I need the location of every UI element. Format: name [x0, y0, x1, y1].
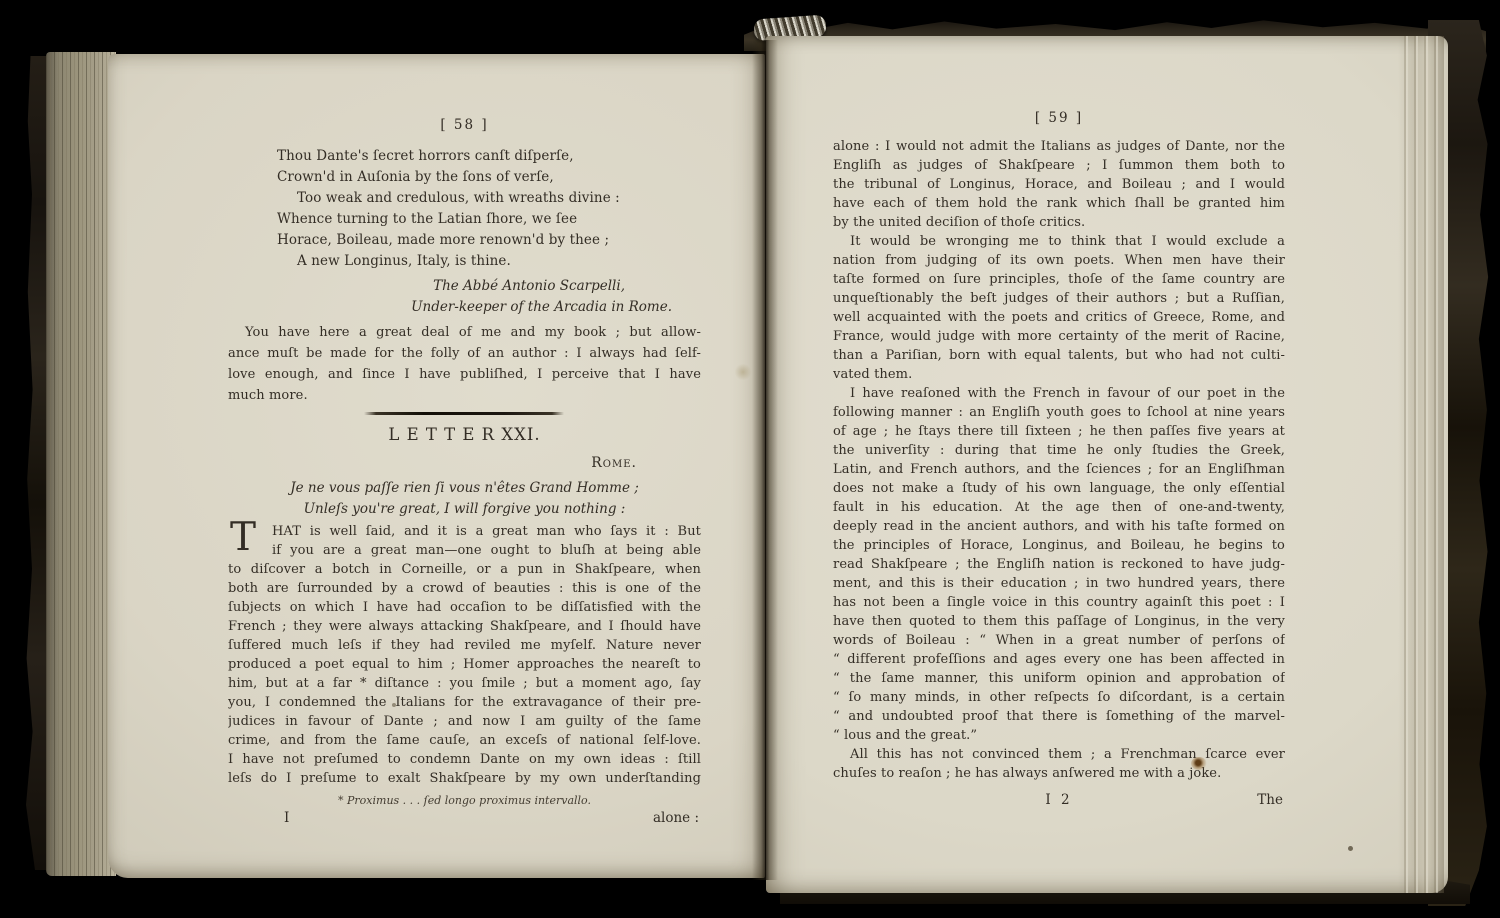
text-line: judices in favour of Dante ; and now I a…: [228, 712, 701, 731]
text-line: All this has not convinced them ; a Fren…: [833, 745, 1285, 764]
text-line: “ the ſame manner, this uniform opinion …: [833, 669, 1285, 688]
text-line: the principles of Horace, Longinus, and …: [833, 536, 1285, 555]
paragraph: alone : I would not admit the Italians a…: [833, 137, 1285, 232]
text-line: “ different profeſſions and ages every o…: [833, 650, 1285, 669]
foxing-stain: [1348, 846, 1353, 851]
text-line: unqueſtionably the beſt judges of their …: [833, 289, 1285, 308]
letter-heading: L E T T E R XXI.: [228, 425, 701, 444]
text-line: Under-keeper of the Arcadia in Rome.: [228, 297, 701, 318]
text-line: by the united deciſion of thoſe critics.: [833, 213, 1285, 232]
text-line: love enough, and ſince I have publiſhed,…: [228, 364, 701, 385]
paragraph: HAT is well ſaid, and it is a great man …: [228, 522, 701, 788]
text-line: You have here a great deal of me and my …: [228, 322, 701, 343]
text-line: Thou Dante's ſecret horrors canſt diſper…: [277, 146, 750, 167]
text-line: Whence turning to the Latian ſhore, we ſ…: [277, 209, 750, 230]
text-line: ſuffered much leſs if they had reviled m…: [228, 636, 701, 655]
text-line: Je ne vous paſſe rien ſi vous n'êtes Gra…: [228, 478, 701, 499]
text-line: “ and undoubted proof that there is ſome…: [833, 707, 1285, 726]
text-line: vated them.: [833, 365, 1285, 384]
text-line: “ ſo many minds, in other reſpects ſo di…: [833, 688, 1285, 707]
section-rule: [364, 412, 564, 415]
text-line: Crown'd in Auſonia by the ſons of verſe,: [277, 167, 750, 188]
photo-background: [ 58 ] Thou Dante's ſecret horrors canſt…: [0, 0, 1500, 918]
text-line: have each of them hold the rank which ſh…: [833, 194, 1285, 213]
signature-mark: I: [284, 810, 289, 826]
left-page: [ 58 ] Thou Dante's ſecret horrors canſt…: [108, 54, 765, 878]
page-number-58: [ 58 ]: [228, 117, 701, 133]
text-line: crime, and from the ſame cauſe, an exceſ…: [228, 731, 701, 750]
footnote: * Proximus . . . ſed longo proximus inte…: [228, 794, 701, 807]
foxing-stain: [734, 364, 752, 380]
text-line: France, would judge with more certainty …: [833, 327, 1285, 346]
signature-mark: I 2: [833, 792, 1285, 808]
paragraph: You have here a great deal of me and my …: [228, 322, 701, 406]
page-number-59: [ 59 ]: [833, 110, 1285, 126]
text-line: to diſcover a botch in Corneille, or a p…: [228, 560, 701, 579]
text-line: does not make a ſtudy of his own languag…: [833, 479, 1285, 498]
text-line: Too weak and credulous, with wreaths div…: [277, 188, 750, 209]
text-line: fault in his education. At the age then …: [833, 498, 1285, 517]
catchword: The: [1257, 792, 1283, 808]
text-line: ſubjects on which I have had occaſion to…: [228, 598, 701, 617]
text-line: deeply read in the ancient authors, and …: [833, 517, 1285, 536]
text-line: produced a poet equal to him ; Homer app…: [228, 655, 701, 674]
fore-edge-crease: [1398, 36, 1444, 893]
text-line: chuſes to reaſon ; he has always anſwere…: [833, 764, 1285, 783]
text-line: A new Longinus, Italy, is thine.: [277, 251, 750, 272]
text-line: French ; they were always attacking Shak…: [228, 617, 701, 636]
text-line: following manner : an Engliſh youth goes…: [833, 403, 1285, 422]
text-line: alone : I would not admit the Italians a…: [833, 137, 1285, 156]
text-line: of age ; he ſtays there till ſixteen ; h…: [833, 422, 1285, 441]
verse-poem: Thou Dante's ſecret horrors canſt diſper…: [228, 146, 750, 272]
text-line: taſte formed on ſure principles, thoſe o…: [833, 270, 1285, 289]
text-line: ance muſt be made for the folly of an au…: [228, 343, 701, 364]
text-line: than a Pariſian, born with equal talents…: [833, 346, 1285, 365]
text-line: “ lous and the great.”: [833, 726, 1285, 745]
paragraph: I have reaſoned with the French in favou…: [833, 384, 1285, 745]
text-line: nation from judging of its own poets. Wh…: [833, 251, 1285, 270]
right-page: [ 59 ] alone : I would not admit the Ita…: [766, 36, 1448, 893]
text-line: Engliſh as judges of Shakſpeare ; I ſumm…: [833, 156, 1285, 175]
paragraph: All this has not convinced them ; a Fren…: [833, 745, 1285, 783]
text-line: both are ſurrounded by a crowd of beauti…: [228, 579, 701, 598]
text-line: I have not preſumed to condemn Dante on …: [228, 750, 701, 769]
text-line: leſs do I preſume to exalt Shakſpeare by…: [228, 769, 701, 788]
text-line: read Shakſpeare ; the Engliſh nation is …: [833, 555, 1285, 574]
text-line: words of Boileau : “ When in a great num…: [833, 631, 1285, 650]
paragraph: It would be wronging me to think that I …: [833, 232, 1285, 384]
text-line: have then quoted to them this paſſage of…: [833, 612, 1285, 631]
place-line: Rome.: [228, 455, 701, 471]
text-line: has not been a ſingle voice in this coun…: [833, 593, 1285, 612]
foxing-stain: [392, 703, 396, 707]
text-line: if you are a great man—one ought to bluſ…: [228, 541, 701, 560]
foxing-stain: [1191, 757, 1207, 770]
text-line: The Abbé Antonio Scarpelli,: [228, 276, 701, 297]
signature-line: I alone :: [228, 810, 701, 830]
poem-attribution: The Abbé Antonio Scarpelli,Under-keeper …: [228, 276, 701, 318]
text-line: Horace, Boileau, made more renown'd by t…: [277, 230, 750, 251]
epigraph: Je ne vous paſſe rien ſi vous n'êtes Gra…: [228, 478, 701, 520]
text-line: much more.: [228, 385, 701, 406]
text-line: the univerſity : during that time he onl…: [833, 441, 1285, 460]
text-line: him, but at a far * diſtance : you ſmile…: [228, 674, 701, 693]
gutter-shadow: [752, 40, 778, 880]
left-page-edges: [46, 52, 116, 876]
text-line: ment, and this is their education ; in t…: [833, 574, 1285, 593]
text-line: well acquainted with the poets and criti…: [833, 308, 1285, 327]
text-line: Latin, and French authors, and the ſcien…: [833, 460, 1285, 479]
text-line: you, I condemned the Italians for the ex…: [228, 693, 701, 712]
catchword: alone :: [653, 810, 699, 826]
text-line: Unleſs you're great, I will forgive you …: [228, 499, 701, 520]
text-line: I have reaſoned with the French in favou…: [833, 384, 1285, 403]
text-line: HAT is well ſaid, and it is a great man …: [228, 522, 701, 541]
text-line: the tribunal of Longinus, Horace, and Bo…: [833, 175, 1285, 194]
text-line: It would be wronging me to think that I …: [833, 232, 1285, 251]
signature-line: I 2 The: [833, 792, 1285, 812]
